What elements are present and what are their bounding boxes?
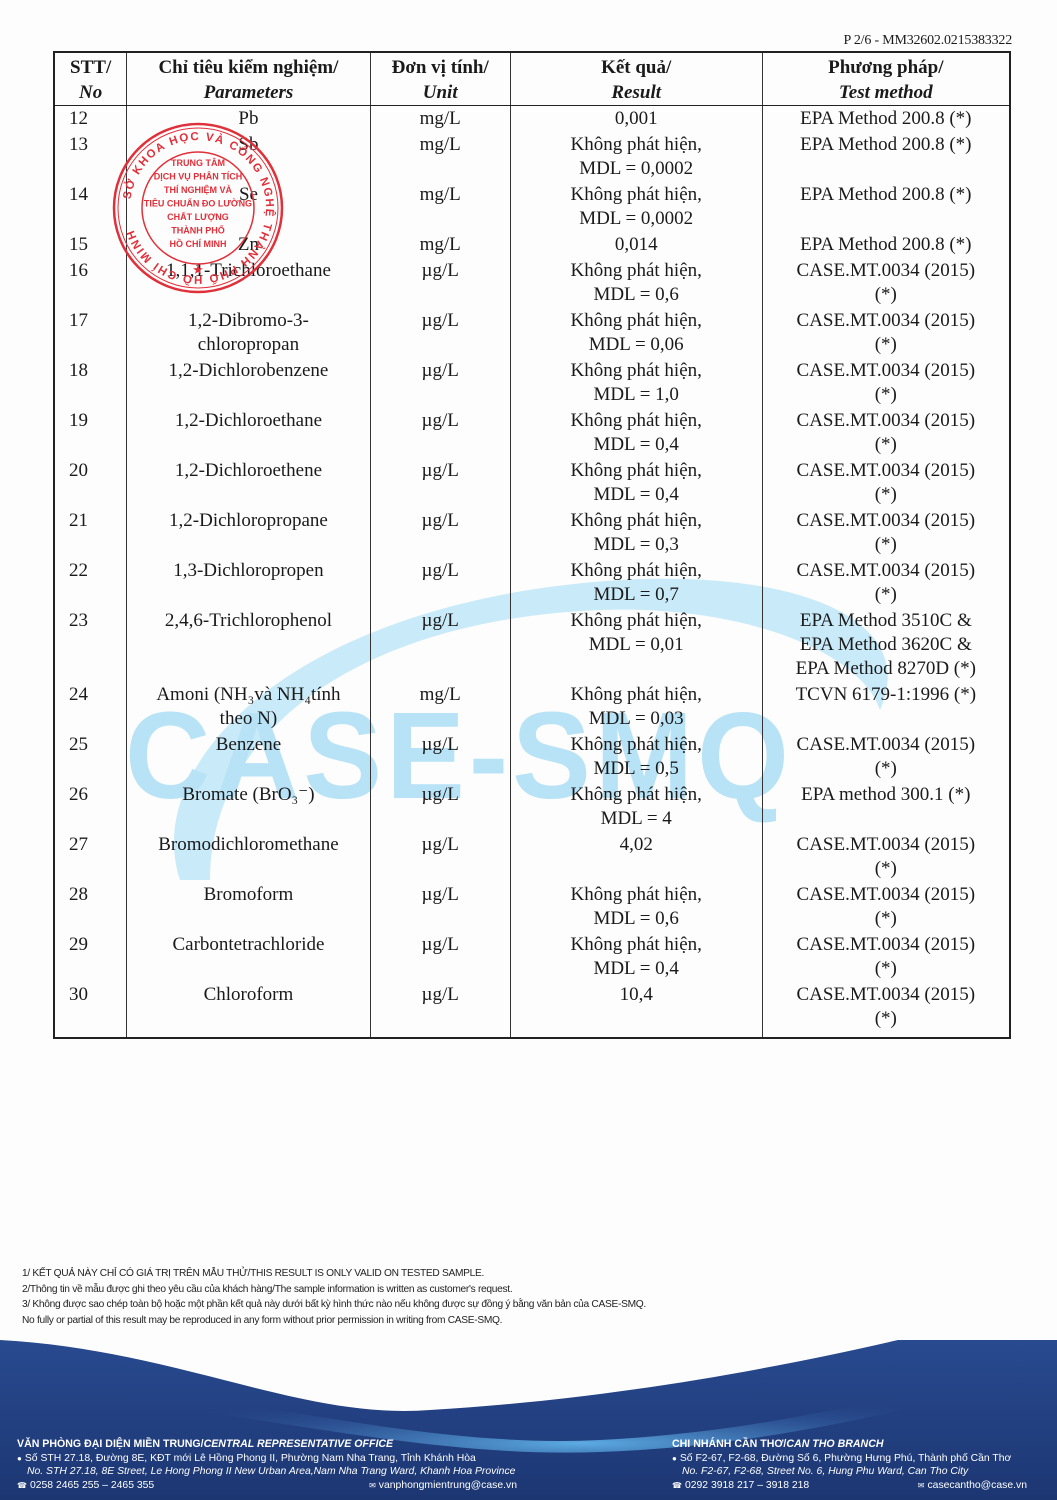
table-row: 171,2-Dibromo-3- chloropropanµg/LKhông p… <box>54 308 1010 358</box>
cell-result: 4,02 <box>510 832 762 882</box>
certification-stamp: SỞ KHOA HỌC VÀ CÔNG NGHỆ THÀNH PHỐ HỒ CH… <box>110 120 286 296</box>
can-tho-branch-phone: 0292 3918 217 – 3918 218 <box>685 1480 809 1491</box>
star-icon: ★ <box>192 262 204 277</box>
table-row: 221,3-Dichloropropenµg/LKhông phát hiện,… <box>54 558 1010 608</box>
cell-param: Bromodichloromethane <box>127 832 370 882</box>
note-4: No fully or partial of this result may b… <box>22 1313 646 1329</box>
cell-param: 1,2-Dibromo-3- chloropropan <box>127 308 370 358</box>
cell-unit: µg/L <box>370 408 510 458</box>
cell-result: Không phát hiện, MDL = 0,0002 <box>510 132 762 182</box>
cell-result: Không phát hiện, MDL = 0,03 <box>510 682 762 732</box>
svg-text:CHẤT LƯỢNG: CHẤT LƯỢNG <box>167 212 229 222</box>
svg-text:TIÊU CHUẨN ĐO LƯỜNG: TIÊU CHUẨN ĐO LƯỜNG <box>144 198 252 209</box>
cell-method: CASE.MT.0034 (2015) (*) <box>762 558 1010 608</box>
can-tho-branch-title: CHI NHÁNH CẦN THƠ/CAN THO BRANCH <box>672 1438 1042 1452</box>
cell-unit: mg/L <box>370 106 510 133</box>
cell-param: 1,2-Dichlorobenzene <box>127 358 370 408</box>
column-header: Kết quả/Result <box>510 52 762 106</box>
cell-param: 2,4,6-Trichlorophenol <box>127 608 370 682</box>
cell-param: 1,2-Dichloroethene <box>127 458 370 508</box>
can-tho-branch-info: CHI NHÁNH CẦN THƠ/CAN THO BRANCH ●Số F2-… <box>672 1438 1042 1493</box>
central-office-title: VĂN PHÒNG ĐẠI DIỆN MIỀN TRUNG/CENTRAL RE… <box>17 1438 537 1452</box>
svg-text:THÀNH PHỐ: THÀNH PHỐ <box>171 225 225 236</box>
central-office-phone: 0258 2465 255 – 2465 355 <box>30 1480 154 1491</box>
cell-param: 1,2-Dichloroethane <box>127 408 370 458</box>
cell-no: 18 <box>54 358 127 408</box>
table-row: 26Bromate (BrO₃⁻)µg/LKhông phát hiện, MD… <box>54 782 1010 832</box>
cell-result: 0,001 <box>510 106 762 133</box>
cell-unit: µg/L <box>370 258 510 308</box>
table-row: 211,2-Dichloropropaneµg/LKhông phát hiện… <box>54 508 1010 558</box>
cell-unit: µg/L <box>370 832 510 882</box>
cell-method: CASE.MT.0034 (2015) (*) <box>762 982 1010 1038</box>
cell-method: TCVN 6179-1:1996 (*) <box>762 682 1010 732</box>
cell-param: 1,2-Dichloropropane <box>127 508 370 558</box>
cell-param: Bromate (BrO₃⁻) <box>127 782 370 832</box>
table-row: 27Bromodichloromethaneµg/L4,02CASE.MT.00… <box>54 832 1010 882</box>
table-row: 24Amoni (NH₃và NH₄tính theo N)mg/LKhông … <box>54 682 1010 732</box>
cell-param: Amoni (NH₃và NH₄tính theo N) <box>127 682 370 732</box>
column-header: Phương pháp/Test method <box>762 52 1010 106</box>
cell-no: 20 <box>54 458 127 508</box>
cell-no: 29 <box>54 932 127 982</box>
note-1: 1/ KẾT QUẢ NÀY CHỈ CÓ GIÁ TRỊ TRÊN MẪU T… <box>22 1266 646 1282</box>
cell-param: Bromoform <box>127 882 370 932</box>
cell-no: 30 <box>54 982 127 1038</box>
cell-no: 26 <box>54 782 127 832</box>
cell-method: CASE.MT.0034 (2015) (*) <box>762 358 1010 408</box>
cell-unit: mg/L <box>370 182 510 232</box>
cell-result: 0,014 <box>510 232 762 258</box>
central-office-email[interactable]: vanphongmientrung@case.vn <box>379 1480 517 1491</box>
email-icon: ✉ <box>918 1481 925 1490</box>
cell-method: CASE.MT.0034 (2015) (*) <box>762 832 1010 882</box>
cell-param: Benzene <box>127 732 370 782</box>
column-header: Chỉ tiêu kiểm nghiệm/Parameters <box>127 52 370 106</box>
cell-no: 21 <box>54 508 127 558</box>
cell-method: EPA Method 200.8 (*) <box>762 182 1010 232</box>
table-row: 191,2-Dichloroethaneµg/LKhông phát hiện,… <box>54 408 1010 458</box>
table-row: 25Benzeneµg/LKhông phát hiện, MDL = 0,5C… <box>54 732 1010 782</box>
cell-method: CASE.MT.0034 (2015) (*) <box>762 732 1010 782</box>
cell-unit: µg/L <box>370 732 510 782</box>
column-header: Đơn vị tính/Unit <box>370 52 510 106</box>
cell-method: CASE.MT.0034 (2015) (*) <box>762 408 1010 458</box>
cell-unit: µg/L <box>370 932 510 982</box>
cell-result: Không phát hiện, MDL = 0,01 <box>510 608 762 682</box>
cell-no: 23 <box>54 608 127 682</box>
note-3: 3/ Không được sao chép toàn bộ hoặc một … <box>22 1297 646 1313</box>
cell-no: 28 <box>54 882 127 932</box>
cell-unit: µg/L <box>370 558 510 608</box>
cell-unit: mg/L <box>370 232 510 258</box>
cell-unit: µg/L <box>370 882 510 932</box>
table-row: 29Carbontetrachlorideµg/LKhông phát hiện… <box>54 932 1010 982</box>
cell-unit: µg/L <box>370 608 510 682</box>
cell-param: Chloroform <box>127 982 370 1038</box>
svg-text:TRUNG TÂM: TRUNG TÂM <box>171 157 225 168</box>
cell-unit: µg/L <box>370 508 510 558</box>
cell-result: Không phát hiện, MDL = 0,0002 <box>510 182 762 232</box>
phone-icon: ☎ <box>672 1481 682 1490</box>
central-office-info: VĂN PHÒNG ĐẠI DIỆN MIỀN TRUNG/CENTRAL RE… <box>17 1438 537 1493</box>
cell-result: Không phát hiện, MDL = 0,3 <box>510 508 762 558</box>
cell-method: CASE.MT.0034 (2015) (*) <box>762 258 1010 308</box>
cell-no: 17 <box>54 308 127 358</box>
cell-unit: mg/L <box>370 132 510 182</box>
cell-result: Không phát hiện, MDL = 4 <box>510 782 762 832</box>
cell-result: Không phát hiện, MDL = 0,6 <box>510 258 762 308</box>
cell-no: 25 <box>54 732 127 782</box>
svg-text:THÍ NGHIỆM VÀ: THÍ NGHIỆM VÀ <box>164 184 233 195</box>
cell-method: CASE.MT.0034 (2015) (*) <box>762 882 1010 932</box>
email-icon: ✉ <box>369 1481 376 1490</box>
cell-method: CASE.MT.0034 (2015) (*) <box>762 932 1010 982</box>
table-row: 30Chloroformµg/L10,4CASE.MT.0034 (2015) … <box>54 982 1010 1038</box>
location-icon: ● <box>17 1454 22 1463</box>
cell-result: Không phát hiện, MDL = 0,4 <box>510 458 762 508</box>
table-header-row: STT/NoChỉ tiêu kiểm nghiệm/ParametersĐơn… <box>54 52 1010 106</box>
cell-result: Không phát hiện, MDL = 0,5 <box>510 732 762 782</box>
cell-param: Carbontetrachloride <box>127 932 370 982</box>
cell-no: 24 <box>54 682 127 732</box>
cell-result: Không phát hiện, MDL = 1,0 <box>510 358 762 408</box>
svg-text:HỒ CHÍ MINH: HỒ CHÍ MINH <box>170 238 227 249</box>
result-notes: 1/ KẾT QUẢ NÀY CHỈ CÓ GIÁ TRỊ TRÊN MẪU T… <box>22 1266 646 1328</box>
cell-no: 19 <box>54 408 127 458</box>
cell-unit: µg/L <box>370 982 510 1038</box>
cell-no: 27 <box>54 832 127 882</box>
cell-result: Không phát hiện, MDL = 0,7 <box>510 558 762 608</box>
table-row: 201,2-Dichloroetheneµg/LKhông phát hiện,… <box>54 458 1010 508</box>
cell-unit: mg/L <box>370 682 510 732</box>
cell-method: EPA Method 3510C & EPA Method 3620C & EP… <box>762 608 1010 682</box>
table-row: 232,4,6-Trichlorophenolµg/LKhông phát hi… <box>54 608 1010 682</box>
can-tho-branch-email[interactable]: casecantho@case.vn <box>927 1480 1027 1491</box>
cell-method: EPA Method 200.8 (*) <box>762 232 1010 258</box>
cell-method: CASE.MT.0034 (2015) (*) <box>762 508 1010 558</box>
cell-unit: µg/L <box>370 308 510 358</box>
cell-unit: µg/L <box>370 782 510 832</box>
cell-unit: µg/L <box>370 458 510 508</box>
cell-result: Không phát hiện, MDL = 0,4 <box>510 932 762 982</box>
cell-unit: µg/L <box>370 358 510 408</box>
cell-no: 22 <box>54 558 127 608</box>
cell-method: EPA Method 200.8 (*) <box>762 132 1010 182</box>
cell-method: EPA method 300.1 (*) <box>762 782 1010 832</box>
table-row: 181,2-Dichlorobenzeneµg/LKhông phát hiện… <box>54 358 1010 408</box>
column-header: STT/No <box>54 52 127 106</box>
location-icon: ● <box>672 1454 677 1463</box>
cell-result: 10,4 <box>510 982 762 1038</box>
page-reference: P 2/6 - MM32602.0215383322 <box>843 33 1012 49</box>
phone-icon: ☎ <box>17 1481 27 1490</box>
cell-method: CASE.MT.0034 (2015) (*) <box>762 308 1010 358</box>
note-2: 2/Thông tin về mẫu được ghi theo yêu cầu… <box>22 1282 646 1298</box>
cell-method: EPA Method 200.8 (*) <box>762 106 1010 133</box>
cell-param: 1,3-Dichloropropen <box>127 558 370 608</box>
cell-method: CASE.MT.0034 (2015) (*) <box>762 458 1010 508</box>
cell-result: Không phát hiện, MDL = 0,06 <box>510 308 762 358</box>
svg-text:DỊCH VỤ PHÂN TÍCH: DỊCH VỤ PHÂN TÍCH <box>154 171 243 182</box>
cell-result: Không phát hiện, MDL = 0,6 <box>510 882 762 932</box>
table-row: 28Bromoformµg/LKhông phát hiện, MDL = 0,… <box>54 882 1010 932</box>
cell-result: Không phát hiện, MDL = 0,4 <box>510 408 762 458</box>
